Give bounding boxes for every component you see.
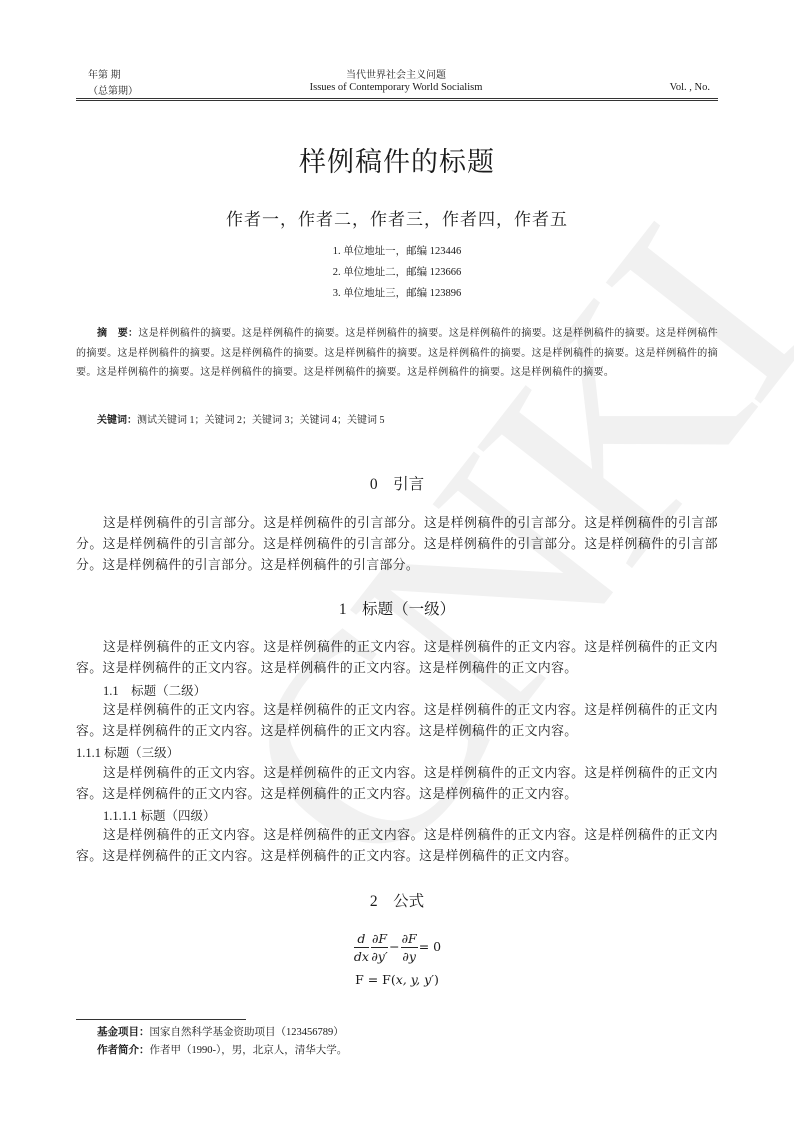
subsection-heading-1-1-1-1: 1.1.1.1 标题（四级） <box>103 806 216 824</box>
section-1-paragraph: 这是样例稿件的正文内容。这是样例稿件的正文内容。这是样例稿件的正文内容。这是样例… <box>76 637 718 679</box>
affiliations: 1. 单位地址一，邮编 123446 2. 单位地址二，邮编 123666 3.… <box>0 241 794 304</box>
subsection-heading-1-1: 1.1 标题（二级） <box>103 681 206 699</box>
journal-name-en: Issues of Contemporary World Socialism <box>76 82 716 93</box>
abstract-text: 这是样例稿件的摘要。这是样例稿件的摘要。这是样例稿件的摘要。这是样例稿件的摘要。… <box>76 328 718 378</box>
subsection-heading-1-1-1: 1.1.1 标题（三级） <box>76 743 179 761</box>
intro-paragraph: 这是样例稿件的引言部分。这是样例稿件的引言部分。这是样例稿件的引言部分。这是样例… <box>76 513 718 576</box>
affiliation-item: 1. 单位地址一，邮编 123446 <box>0 241 794 262</box>
function-definition: F = F(x, y, y′) <box>0 972 794 987</box>
section-heading-2: 2 公式 <box>0 889 794 911</box>
minus-sign: − <box>389 939 399 954</box>
keywords-label: 关键词： <box>97 415 137 426</box>
footnote-author-bio: 作者简介：作者甲（1990-），男，北京人，清华大学。 <box>97 1042 347 1057</box>
euler-lagrange-equation: ddx∂F∂y′−∂F∂y= 0 <box>0 930 794 965</box>
running-header: 年第 期 （总第期） 当代世界社会主义问题 Issues of Contempo… <box>76 66 716 98</box>
paper-page: 年第 期 （总第期） 当代世界社会主义问题 Issues of Contempo… <box>0 0 794 1123</box>
paper-title: 样例稿件的标题 <box>0 140 794 179</box>
abstract-label: 摘 要： <box>97 328 138 339</box>
journal-name-cn: 当代世界社会主义问题 <box>76 66 716 81</box>
subsection-1-1-1-paragraph: 这是样例稿件的正文内容。这是样例稿件的正文内容。这是样例稿件的正文内容。这是样例… <box>76 763 718 805</box>
keywords: 关键词：测试关键词 1；关键词 2；关键词 3；关键词 4；关键词 5 <box>97 411 385 426</box>
keywords-text: 测试关键词 1；关键词 2；关键词 3；关键词 4；关键词 5 <box>137 415 385 426</box>
section-heading-intro: 0 引言 <box>0 472 794 494</box>
fraction-dF-dyprime: ∂F∂y′ <box>371 930 388 965</box>
abstract: 摘 要：这是样例稿件的摘要。这是样例稿件的摘要。这是样例稿件的摘要。这是样例稿件… <box>76 324 718 383</box>
volume-number: Vol. , No. <box>670 82 710 93</box>
affiliation-item: 3. 单位地址三，邮编 123896 <box>0 283 794 304</box>
fraction-d-dx: ddx <box>354 930 369 965</box>
footnote-funding: 基金项目：国家自然科学基金资助项目（123456789） <box>97 1024 344 1039</box>
affiliation-item: 2. 单位地址二，邮编 123666 <box>0 262 794 283</box>
section-heading-1: 1 标题（一级） <box>0 597 794 619</box>
footnote-divider <box>76 1019 246 1020</box>
subsection-1-1-paragraph: 这是样例稿件的正文内容。这是样例稿件的正文内容。这是样例稿件的正文内容。这是样例… <box>76 700 718 742</box>
author-list: 作者一，作者二，作者三，作者四，作者五 <box>0 205 794 230</box>
header-rule-top <box>76 98 718 99</box>
header-rule-bottom <box>76 100 718 101</box>
fraction-dF-dy: ∂F∂y <box>401 930 418 965</box>
equation-rhs: = 0 <box>419 939 441 954</box>
subsection-1-1-1-1-paragraph: 这是样例稿件的正文内容。这是样例稿件的正文内容。这是样例稿件的正文内容。这是样例… <box>76 825 718 867</box>
